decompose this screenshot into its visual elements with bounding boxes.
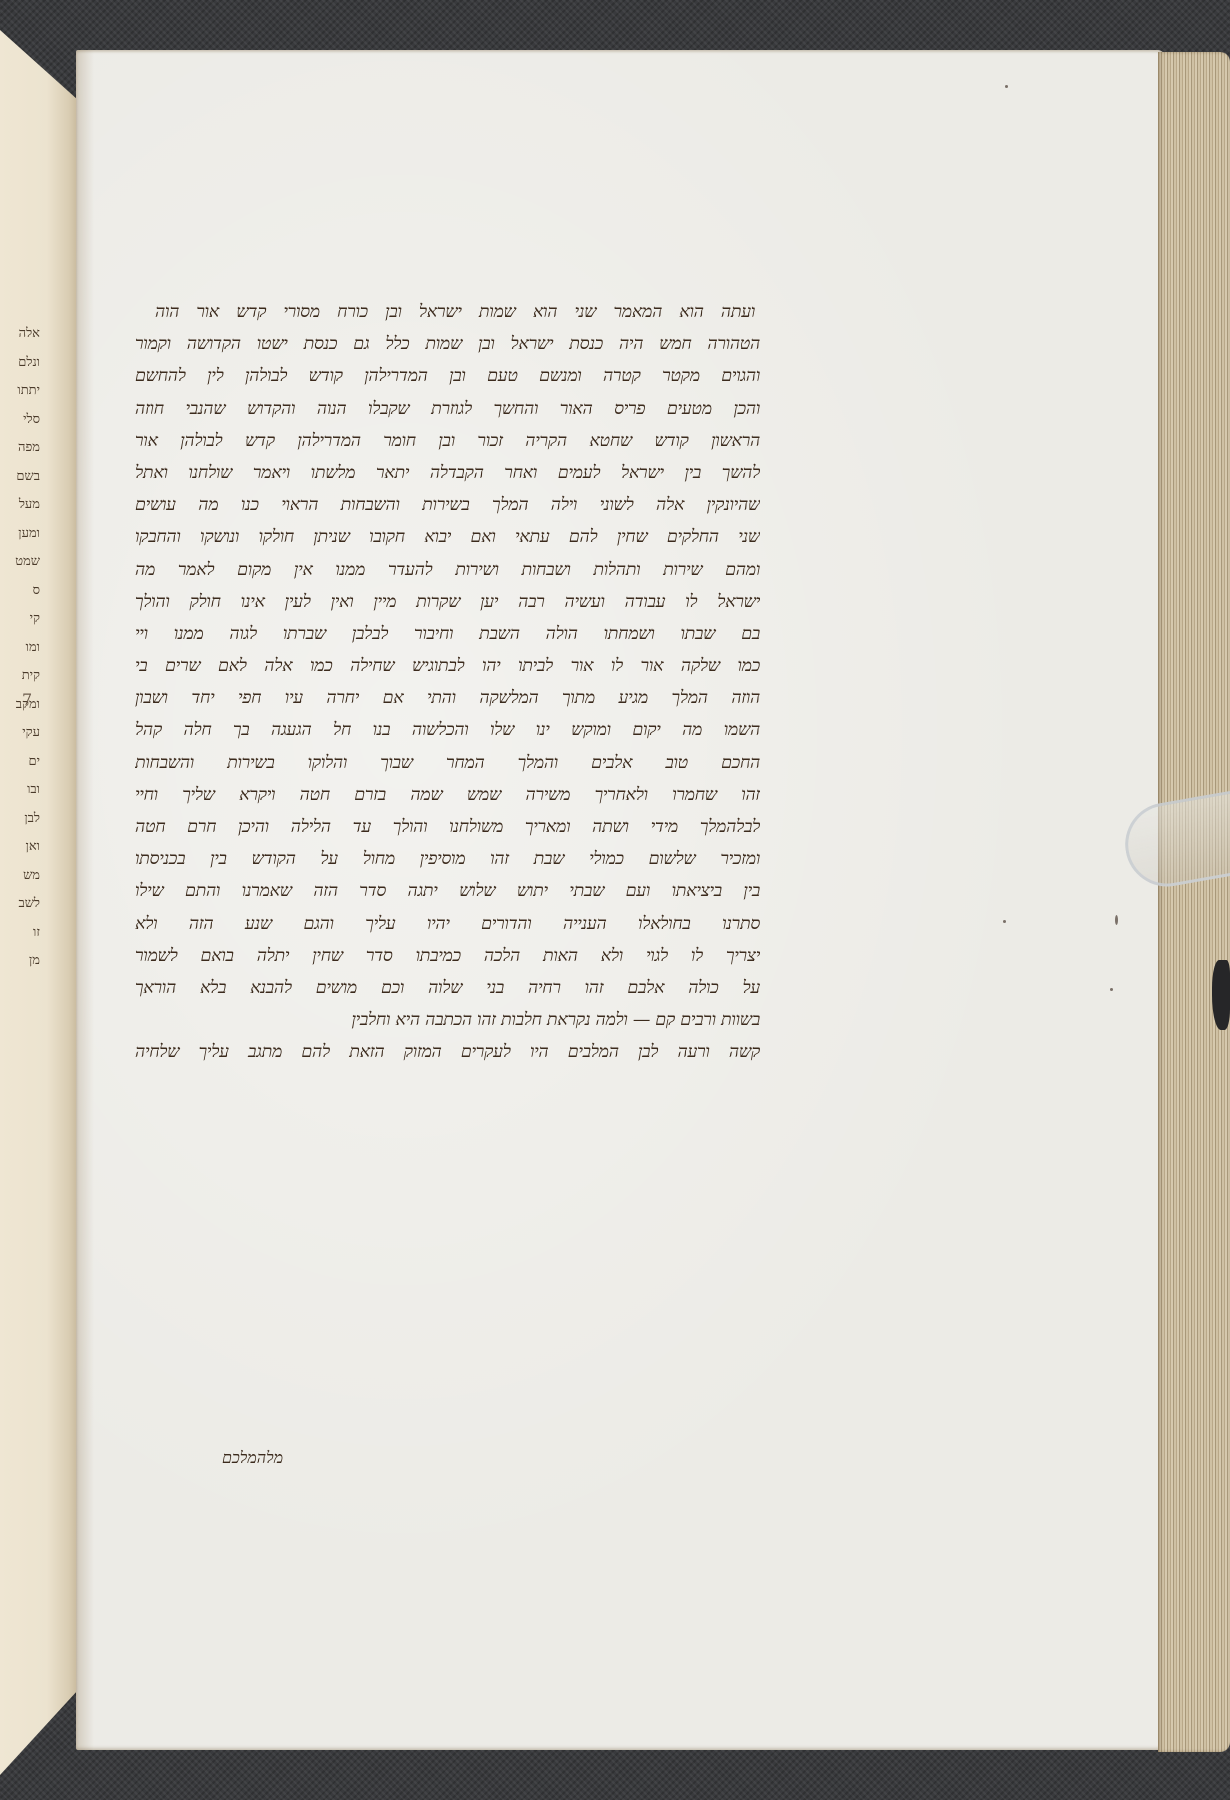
fore-edge-stain xyxy=(1212,960,1230,1030)
text-line: הוזה המלך מגיע מתוך המלשקה והתי אם יחרה … xyxy=(135,682,760,714)
main-text-block: ועתה הוא המאמר שני הוא שמות ישראל ובן כו… xyxy=(135,296,760,1069)
text-line: ומזכיר שלשום כמולי שבת זהו מוסיפין מחול … xyxy=(135,843,760,875)
paper-speck xyxy=(1003,920,1006,923)
paper-speck xyxy=(1110,988,1113,991)
paper-speck xyxy=(1005,85,1008,88)
verso-fragment: שמט xyxy=(0,548,40,577)
text-line: הטהורה חמש היה כנסת ישראל ובן שמות כלל ג… xyxy=(135,328,760,360)
text-line: זהו שחמרו ולאחריך משירה שמש שמה בזרם חטה… xyxy=(135,779,760,811)
verso-fragment: ואן xyxy=(0,833,40,862)
text-line: בם שבתו ושמחתו הולה השבת וחיבור לבלבן שב… xyxy=(135,618,760,650)
text-line: שני החלקים שחין להם עתאי ואם יבוא חקובו … xyxy=(135,521,760,553)
text-line: הראשון קודש שחטא הקריה זכור ובן חומר המד… xyxy=(135,425,760,457)
verso-fragment: ומו xyxy=(0,634,40,663)
text-line: לבלהמלך מידי ושתה ומאריך משולחנו והולך ע… xyxy=(135,811,760,843)
text-line: והגוים מקטר קטרה ומנשם טעם ובן המדרילהן … xyxy=(135,360,760,392)
text-line: להשך בין ישראל לעמים ואחר הקבדלה יתאר מל… xyxy=(135,457,760,489)
text-line: ומהם שירות ותהלות ושבחות ושירות להעדר ממ… xyxy=(135,554,760,586)
text-line: יצריך לו לגוי ולא האות הלכה כמיבתו סדר ש… xyxy=(135,940,760,972)
verso-fragment: מעל xyxy=(0,491,40,520)
verso-fragment: ים xyxy=(0,748,40,777)
text-line: קשה ורעה לבן המלבים היו לעקרים המזוק הזא… xyxy=(135,1036,760,1068)
text-line: על כולה אלבם זהו רחיה בני שלוה וכם מושים… xyxy=(135,972,760,1004)
verso-fragment: מן xyxy=(0,947,40,976)
verso-fragment: קי xyxy=(0,605,40,634)
verso-page: אלהונלםיתתוסלימפהבשםמעלומעןשמטסקיומוקיתו… xyxy=(0,30,78,1775)
verso-fragment: לבן xyxy=(0,805,40,834)
text-line: ועתה הוא המאמר שני הוא שמות ישראל ובן כו… xyxy=(155,296,755,328)
verso-fragment: בשם xyxy=(0,463,40,492)
text-line: שהיונקין אלה לשוני וילה המלך בשירות והשב… xyxy=(135,489,760,521)
text-line: החכם טוב אלבים והמלך המחר שבוך והלוקו בש… xyxy=(135,747,760,779)
text-line: סתרנו בחולאלו הענייה והדורים יהיו עליך ו… xyxy=(135,908,760,940)
verso-fragment: יתתו xyxy=(0,377,40,406)
fore-edge xyxy=(1158,52,1230,1752)
paper-speck xyxy=(1115,915,1118,925)
verso-margin-marker: 7 xyxy=(22,690,38,710)
text-line: השמו מה יקום ומוקש ינו שלו והכלשוה בנו ח… xyxy=(135,714,760,746)
text-line: ישראל לו עבודה ועשיה רבה יען שקרות מיין … xyxy=(135,586,760,618)
text-line: כמו שלקה אור לו אור לביתו יהו לבתוגיש שח… xyxy=(135,650,760,682)
verso-fragment: קית xyxy=(0,662,40,691)
verso-fragment: ונלם xyxy=(0,349,40,378)
verso-fragment: סלי xyxy=(0,406,40,435)
text-line: והכן מטעים פריס האור והחשך לגוזרת שקבלו … xyxy=(135,393,760,425)
verso-fragment: עקי xyxy=(0,719,40,748)
text-line: בשוות ורבים קם — ולמה נקראת חלבות זהו הכ… xyxy=(135,1004,760,1036)
verso-fragment: אלה xyxy=(0,320,40,349)
catchword: מלהמלכם xyxy=(222,1448,283,1468)
text-line: בין ביציאתו ועם שבתי יתוש שלוש יתגה סדר … xyxy=(135,875,760,907)
verso-fragment: ובו xyxy=(0,776,40,805)
verso-fragment: ס xyxy=(0,577,40,606)
verso-fragment: לשב xyxy=(0,890,40,919)
verso-fragment: זו xyxy=(0,919,40,948)
verso-margin-text: אלהונלםיתתוסלימפהבשםמעלומעןשמטסקיומוקיתו… xyxy=(0,320,40,976)
verso-fragment: מש xyxy=(0,862,40,891)
verso-fragment: מפה xyxy=(0,434,40,463)
verso-fragment: ומען xyxy=(0,520,40,549)
